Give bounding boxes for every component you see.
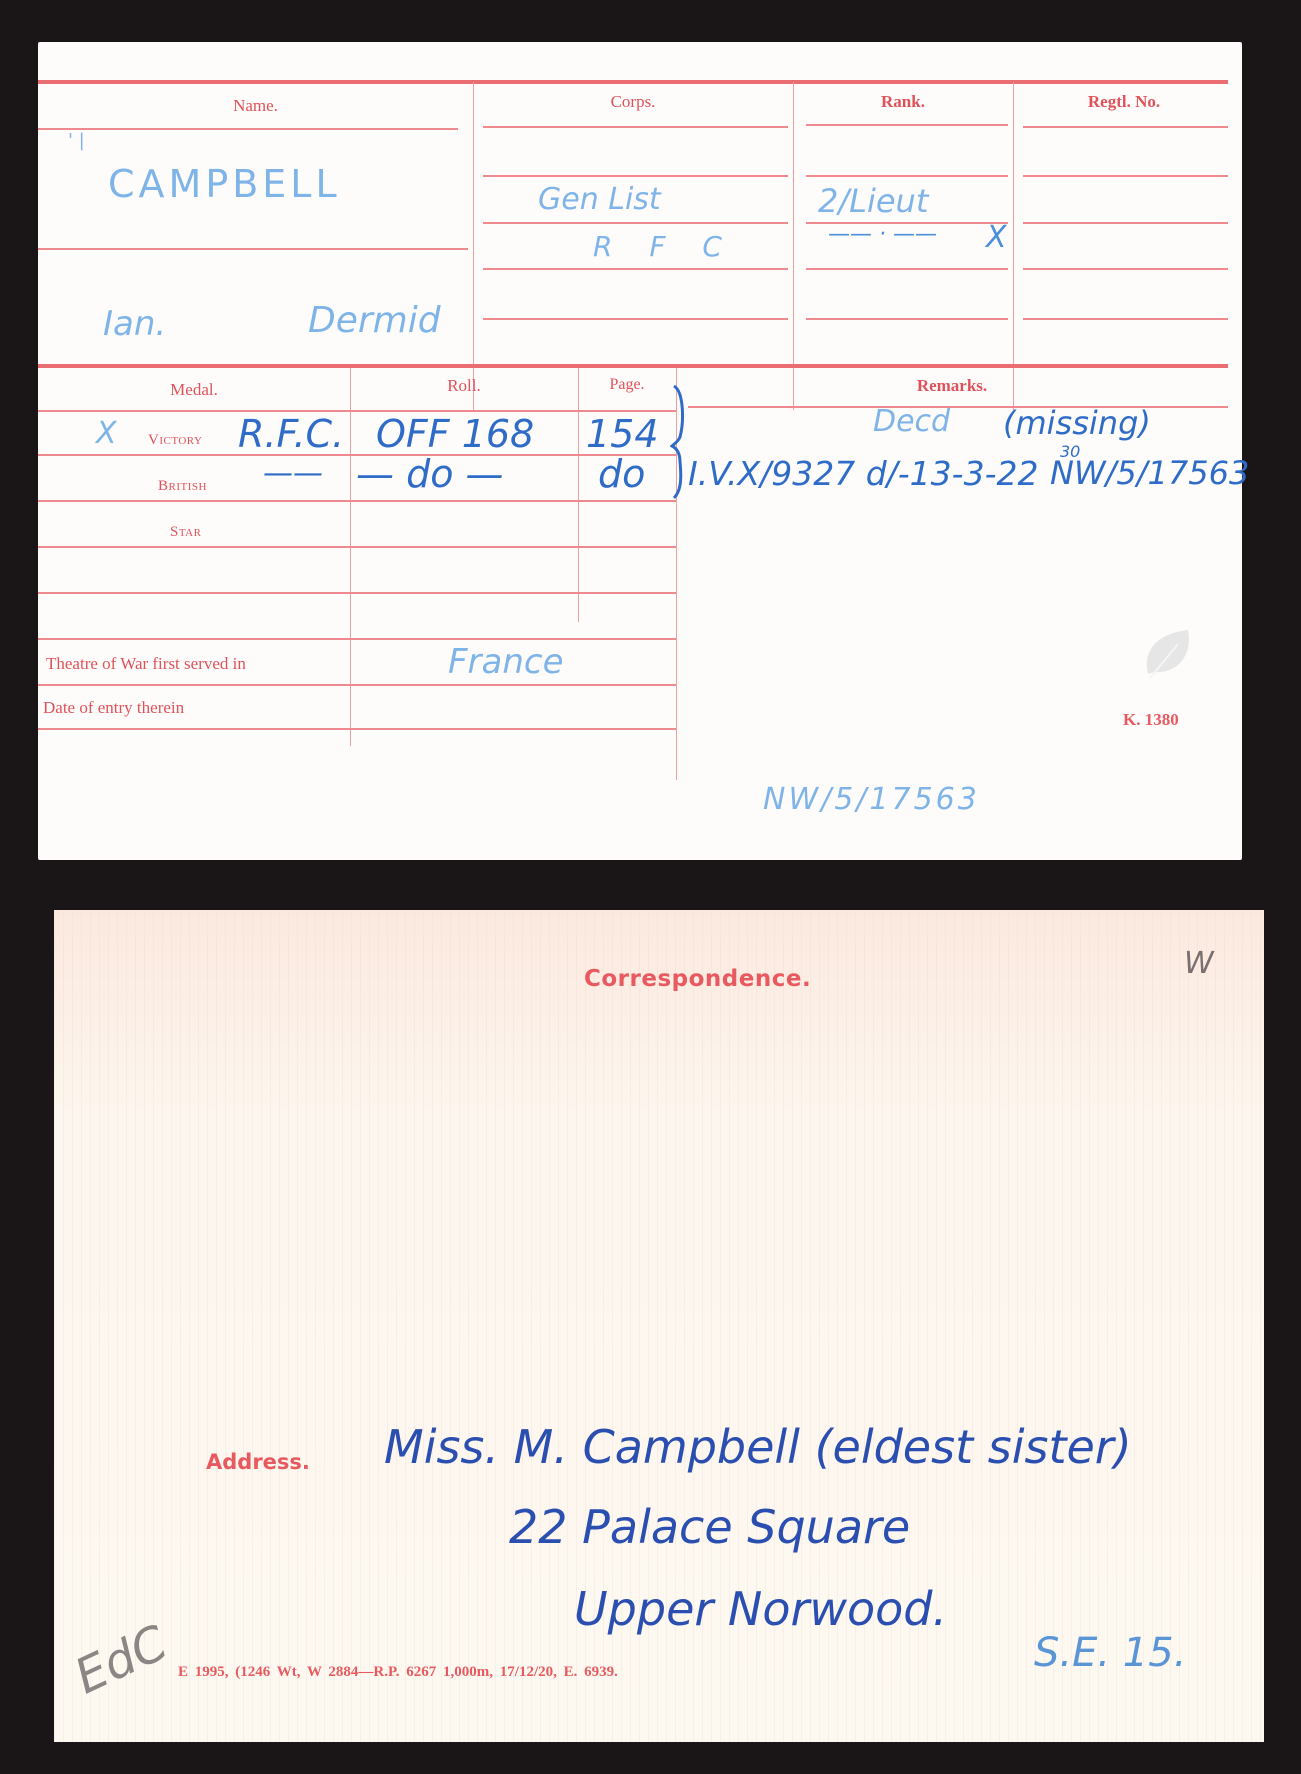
section-rule	[38, 364, 1228, 368]
leaf-watermark-icon	[1138, 624, 1198, 684]
divider	[1013, 82, 1014, 410]
date-label: Date of entry therein	[43, 698, 184, 718]
pencil-initials: EdC	[67, 1615, 176, 1706]
corps-line-2: R F C	[593, 230, 736, 263]
address-label: Address.	[206, 1450, 310, 1474]
divider	[350, 368, 351, 746]
rule	[38, 728, 676, 730]
header-rank: Rank.	[793, 92, 1013, 112]
remarks-nw-ref: NW/5/17563	[1050, 454, 1249, 492]
divider	[578, 368, 579, 622]
medal-star-label: Star	[170, 524, 201, 541]
victory-unit: R.F.C.	[238, 412, 344, 456]
header-corps: Corps.	[473, 92, 793, 112]
rule	[1023, 222, 1228, 224]
form-code: K. 1380	[1123, 710, 1179, 730]
print-line: E 1995, (1246 Wt, W 2884—R.P. 6267 1,000…	[178, 1664, 618, 1681]
rank-cross: X	[986, 220, 1007, 255]
rule	[38, 128, 458, 130]
header-remarks: Remarks.	[676, 376, 1228, 396]
rule	[38, 410, 676, 412]
rule	[38, 638, 676, 640]
forename-2: Dermid	[308, 300, 441, 341]
british-roll: — do —	[356, 452, 504, 496]
footer-reference: NW/5/17563	[763, 782, 980, 817]
medal-card-back: Correspondence. W Address. Miss. M. Camp…	[54, 910, 1264, 1742]
rule	[806, 268, 1008, 270]
rule	[38, 248, 468, 250]
rule	[483, 175, 788, 177]
forename-1: Ian.	[103, 304, 166, 344]
address-line-4: S.E. 15.	[1034, 1630, 1186, 1676]
rank-value: 2/Lieut	[818, 182, 928, 220]
address-line-2: 22 Palace Square	[509, 1500, 910, 1554]
victory-roll: OFF 168	[376, 412, 534, 456]
rule	[483, 268, 788, 270]
rule	[806, 175, 1008, 177]
rank-ditto: —— · ——	[828, 222, 937, 247]
british-unit: ——	[263, 456, 323, 491]
corner-mark: W	[1184, 946, 1214, 981]
header-page: Page.	[578, 376, 676, 394]
theatre-value: France	[448, 642, 564, 682]
corps-line-1: Gen List	[538, 182, 661, 217]
theatre-label: Theatre of War first served in	[46, 654, 246, 674]
rule	[1023, 126, 1228, 128]
address-line-1: Miss. M. Campbell (eldest sister)	[384, 1420, 1132, 1474]
medal-victory-label: Victory	[148, 432, 202, 449]
header-roll: Roll.	[350, 376, 578, 396]
rule	[483, 222, 788, 224]
remarks-decd: Decd	[873, 404, 950, 439]
rule	[38, 546, 676, 548]
surname: CAMPBELL	[108, 162, 341, 206]
rule	[38, 500, 676, 502]
rule	[38, 592, 676, 594]
rule	[1023, 175, 1228, 177]
header-medal: Medal.	[38, 380, 350, 400]
rule	[806, 318, 1008, 320]
medal-card-front: Name. Corps. Rank. Regtl. No. ' | CAMPBE…	[38, 42, 1242, 860]
remarks-missing: (missing)	[1003, 404, 1151, 442]
correspondence-title: Correspondence.	[584, 966, 811, 992]
name-mark: ' |	[68, 130, 85, 151]
header-regtl-no: Regtl. No.	[1013, 92, 1235, 112]
address-line-3: Upper Norwood.	[574, 1582, 947, 1636]
rule	[1023, 318, 1228, 320]
victory-page: 154	[586, 412, 659, 456]
divider	[473, 82, 474, 410]
top-rule	[38, 80, 1228, 84]
victory-check: X	[96, 416, 117, 451]
rule	[38, 684, 676, 686]
remarks-ref: I.V.X/9327 d/-13-3-22	[688, 454, 1038, 493]
rule	[1023, 268, 1228, 270]
rule	[483, 126, 788, 128]
divider	[793, 82, 794, 410]
british-page: do	[598, 452, 645, 496]
header-name: Name.	[38, 96, 473, 116]
rule	[806, 124, 1008, 126]
rule	[483, 318, 788, 320]
medal-british-label: British	[158, 478, 207, 495]
